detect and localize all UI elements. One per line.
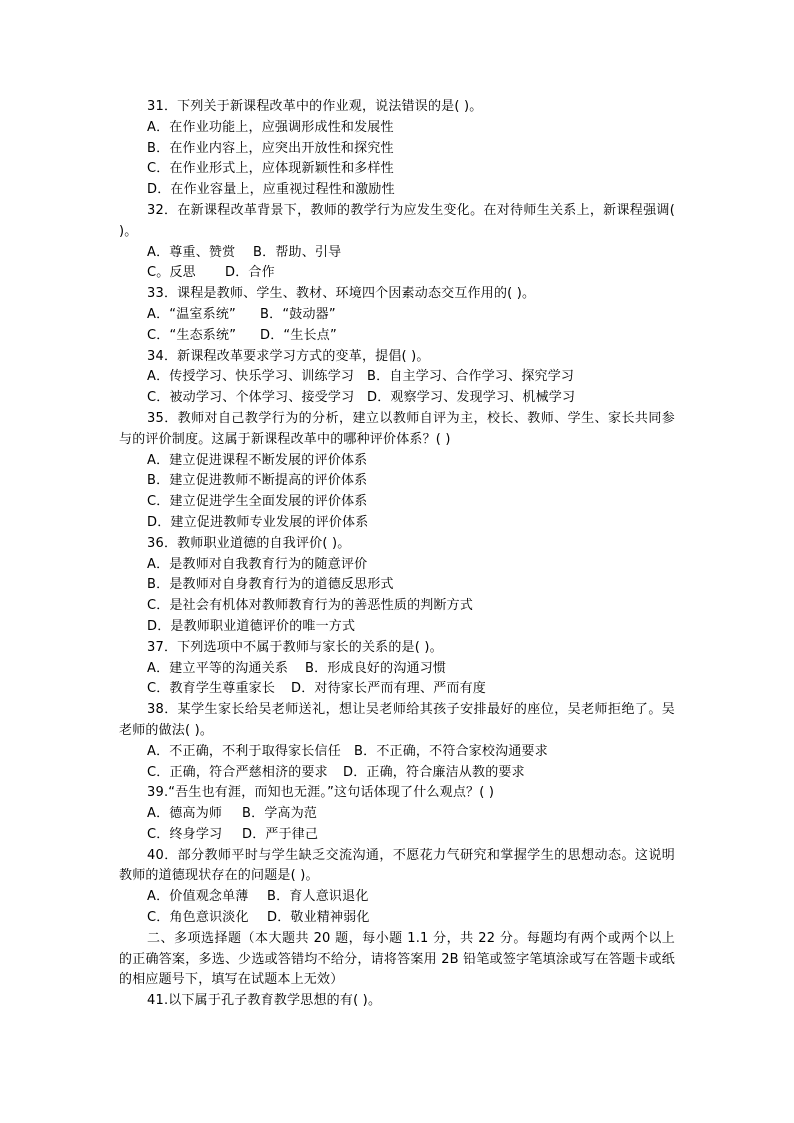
question-39-option-b: B．学高为范: [242, 804, 317, 825]
question-40-option-a: A．价值观念单薄: [147, 887, 267, 908]
question-31-option-d: D．在作业容量上，应重视过程性和激励性: [119, 180, 675, 201]
question-40-options-row-1: A．价值观念单薄B．育人意识退化: [119, 887, 675, 908]
question-41-stem: 41.以下属于孔子教育教学思想的有( )。: [119, 991, 675, 1012]
question-34-option-c: C．被动学习、个体学习、接受学习: [147, 388, 367, 409]
question-38-option-c: C．正确，符合严慈相济的要求: [147, 763, 343, 784]
question-34-stem: 34．新课程改革要求学习方式的变革，提倡( )。: [119, 347, 675, 368]
question-40-options-row-2: C．角色意识淡化D．敬业精神弱化: [119, 908, 675, 929]
question-35-option-a: A．建立促进课程不断发展的评价体系: [119, 451, 675, 472]
question-32-option-d: D．合作: [225, 263, 275, 284]
question-34-options-row-1: A．传授学习、快乐学习、训练学习B．自主学习、合作学习、探究学习: [119, 367, 675, 388]
question-34-option-d: D．观察学习、发现学习、机械学习: [367, 388, 575, 409]
question-33-option-d: D．“生长点”: [260, 326, 337, 347]
question-32-options-row-2: C。反思D．合作: [119, 263, 675, 284]
question-36-option-b: B．是教师对自身教育行为的道德反思形式: [119, 575, 675, 596]
question-37-option-b: B．形成良好的沟通习惯: [305, 659, 446, 680]
question-34-options-row-2: C．被动学习、个体学习、接受学习D．观察学习、发现学习、机械学习: [119, 388, 675, 409]
question-37-option-a: A．建立平等的沟通关系: [147, 659, 305, 680]
question-38-options-row-1: A．不正确，不利于取得家长信任B．不正确，不符合家校沟通要求: [119, 742, 675, 763]
question-36-option-d: D．是教师职业道德评价的唯一方式: [119, 617, 675, 638]
question-37-options-row-1: A．建立平等的沟通关系B．形成良好的沟通习惯: [119, 659, 675, 680]
question-37-stem: 37．下列选项中不属于教师与家长的关系的是( )。: [119, 638, 675, 659]
question-31-option-b: B．在作业内容上，应突出开放性和探究性: [119, 139, 675, 160]
question-37-option-d: D．对待家长严而有理、严而有度: [291, 679, 486, 700]
question-40-stem: 40．部分教师平时与学生缺乏交流沟通，不愿花力气研究和掌握学生的思想动态。这说明…: [119, 846, 675, 888]
question-36-option-c: C．是社会有机体对教师教育行为的善恶性质的判断方式: [119, 596, 675, 617]
question-32-options-row-1: A．尊重、赞赏B．帮助、引导: [119, 243, 675, 264]
question-32-stem: 32．在新课程改革背景下，教师的教学行为应发生变化。在对待师生关系上，新课程强调…: [119, 201, 675, 243]
question-39-option-a: A．德高为师: [147, 804, 242, 825]
question-32-option-a: A．尊重、赞赏: [147, 243, 253, 264]
question-39-stem: 39.“吾生也有涯，而知也无涯。”这句话体现了什么观点？( ): [119, 783, 675, 804]
question-38-option-b: B．不正确，不符合家校沟通要求: [354, 742, 548, 763]
question-39-option-d: D．严于律己: [242, 825, 318, 846]
question-38-option-d: D．正确，符合廉洁从教的要求: [343, 763, 525, 784]
question-33-option-c: C．“生态系统”: [147, 326, 260, 347]
question-34-option-b: B．自主学习、合作学习、探究学习: [367, 367, 574, 388]
question-37-option-c: C．教育学生尊重家长: [147, 679, 291, 700]
question-31-stem: 31．下列关于新课程改革中的作业观，说法错误的是( )。: [119, 97, 675, 118]
question-35-option-b: B．建立促进教师不断提高的评价体系: [119, 471, 675, 492]
question-39-options-row-1: A．德高为师B．学高为范: [119, 804, 675, 825]
question-33-stem: 33．课程是教师、学生、教材、环境四个因素动态交互作用的( )。: [119, 284, 675, 305]
question-33-options-row-2: C．“生态系统”D．“生长点”: [119, 326, 675, 347]
question-38-options-row-2: C．正确，符合严慈相济的要求D．正确，符合廉洁从教的要求: [119, 763, 675, 784]
question-38-stem: 38．某学生家长给吴老师送礼，想让吴老师给其孩子安排最好的座位，吴老师拒绝了。吴…: [119, 700, 675, 742]
question-40-option-d: D．敬业精神弱化: [267, 908, 370, 929]
question-35-option-c: C．建立促进学生全面发展的评价体系: [119, 492, 675, 513]
question-31-option-a: A．在作业功能上，应强调形成性和发展性: [119, 118, 675, 139]
question-34-option-a: A．传授学习、快乐学习、训练学习: [147, 367, 367, 388]
question-32-option-c: C。反思: [147, 263, 225, 284]
question-39-option-c: C．终身学习: [147, 825, 242, 846]
question-35-option-d: D．建立促进教师专业发展的评价体系: [119, 513, 675, 534]
question-33-options-row-1: A．“温室系统”B．“鼓动器”: [119, 305, 675, 326]
question-39-options-row-2: C．终身学习D．严于律己: [119, 825, 675, 846]
question-32-option-b: B．帮助、引导: [253, 243, 341, 264]
question-36-option-a: A．是教师对自我教育行为的随意评价: [119, 555, 675, 576]
question-36-stem: 36．教师职业道德的自我评价( )。: [119, 534, 675, 555]
exam-page: 31．下列关于新课程改革中的作业观，说法错误的是( )。 A．在作业功能上，应强…: [119, 97, 675, 1012]
question-37-options-row-2: C．教育学生尊重家长D．对待家长严而有理、严而有度: [119, 679, 675, 700]
question-40-option-b: B．育人意识退化: [267, 887, 369, 908]
question-38-option-a: A．不正确，不利于取得家长信任: [147, 742, 354, 763]
question-40-option-c: C．角色意识淡化: [147, 908, 267, 929]
question-35-stem: 35．教师对自己教学行为的分析，建立以教师自评为主，校长、教师、学生、家长共同参…: [119, 409, 675, 451]
question-31-option-c: C．在作业形式上，应体现新颖性和多样性: [119, 159, 675, 180]
section-2-heading: 二、多项选择题（本大题共 20 题，每小题 1.1 分，共 22 分。每题均有两…: [119, 929, 675, 991]
question-33-option-b: B．“鼓动器”: [260, 305, 336, 326]
question-33-option-a: A．“温室系统”: [147, 305, 260, 326]
